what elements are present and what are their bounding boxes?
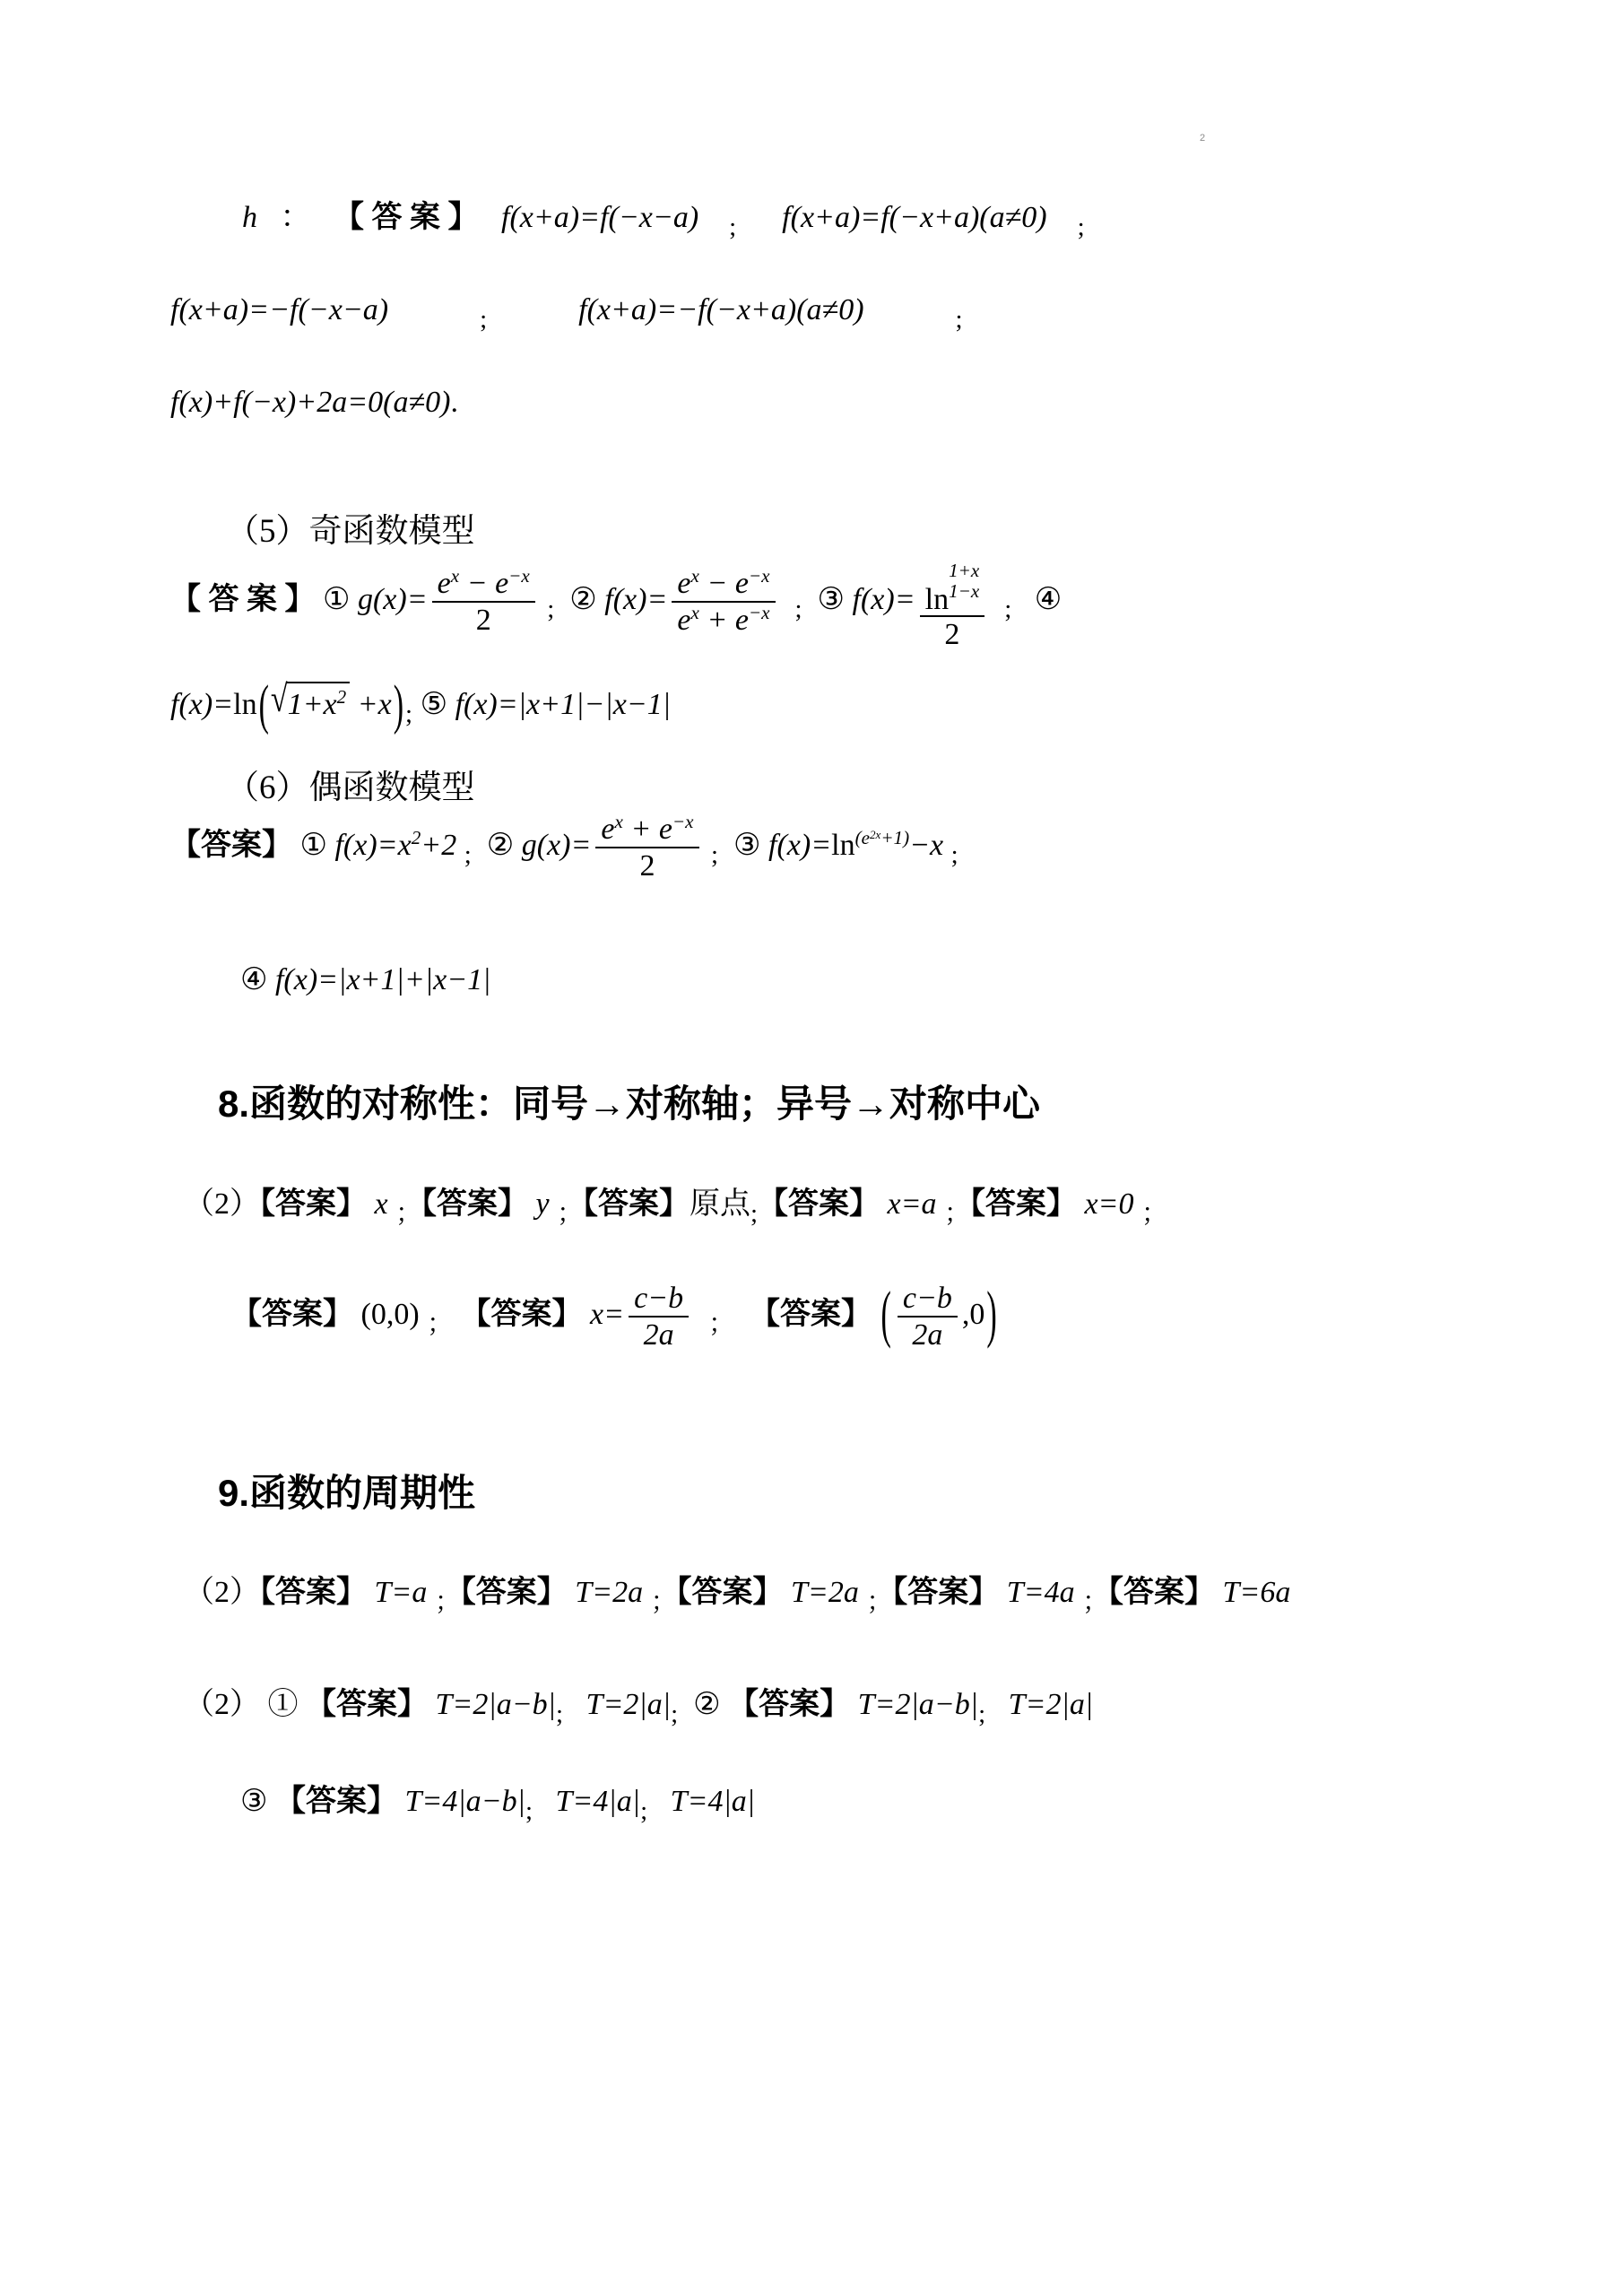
- superscript: x: [691, 602, 699, 623]
- odd-function-answers-continued: f(x)=ln(√1+x2 +x); ⑤ f(x)=|x+1|−|x−1|: [170, 682, 671, 726]
- separator: ;: [795, 595, 802, 623]
- math-token: h: [242, 201, 257, 234]
- formula-line-sum-condition: f(x)+f(−x)+2a=0(a≠0).: [170, 384, 458, 422]
- separator: ；: [651, 1587, 677, 1616]
- radicand: 1+x2: [286, 682, 351, 725]
- math-token: x: [615, 811, 623, 832]
- separator: ；: [944, 1199, 970, 1228]
- math-token: T=a: [367, 1576, 427, 1609]
- square-root: √1+x2: [271, 682, 350, 725]
- math-token: e: [735, 604, 749, 637]
- math-token: f(x)=|x+1|+|x−1|: [275, 963, 491, 996]
- radical-sign: √: [271, 676, 288, 724]
- math-token: f(x)=: [768, 829, 831, 862]
- separator: ;: [480, 305, 487, 334]
- separator: ；: [395, 1199, 421, 1228]
- math-token: x: [691, 602, 699, 623]
- superscript: −x: [508, 565, 530, 587]
- text: [989, 583, 1004, 616]
- text: [479, 201, 502, 234]
- fraction: ex − e−x2: [432, 566, 535, 638]
- stacked-expression: 1+xln1−x: [925, 552, 980, 615]
- math-token: e: [659, 813, 672, 846]
- superscript: 2: [412, 827, 421, 848]
- text: [643, 1576, 651, 1609]
- math-token: +1: [880, 827, 903, 848]
- math-token: ④: [240, 963, 275, 996]
- math-token: ln: [233, 688, 256, 721]
- math-token: (: [855, 827, 862, 848]
- numerator: c−b: [629, 1281, 689, 1316]
- math-token: x: [691, 565, 699, 587]
- math-token: +x: [350, 688, 392, 721]
- document-page: 2 h ： 【 答 案 】 f(x+a)=f(−x−a) ; f(x+a)=f(…: [0, 0, 1622, 2296]
- math-token: +: [623, 813, 659, 846]
- separator: ;: [1078, 213, 1085, 241]
- even-function-answers-continued: ④ f(x)=|x+1|+|x−1|: [240, 961, 491, 1000]
- answer-tag: 【答案】: [260, 1187, 367, 1221]
- section-9-heading: 9.函数的周期性: [218, 1464, 475, 1518]
- math-token: (0,0): [353, 1298, 420, 1331]
- text: [487, 293, 578, 326]
- separator: ;: [640, 1796, 647, 1825]
- separator: ;: [464, 840, 472, 869]
- superscript: −x: [749, 602, 770, 623]
- denominator: 2: [432, 601, 535, 638]
- big-paren: (: [881, 1276, 891, 1356]
- math-token: ③: [240, 1785, 275, 1818]
- text: [943, 829, 951, 862]
- numerator: c−b: [898, 1281, 958, 1316]
- odd-function-answers-line: 【 答 案 】 ① g(x)=ex − e−x2 ; ② f(x)=ex − e…: [170, 552, 1062, 652]
- text: [736, 201, 782, 234]
- math-token: ④: [1011, 583, 1062, 616]
- answer-tag: 【答案】: [1108, 1576, 1215, 1609]
- answer-tag: 【答案】: [453, 1298, 583, 1331]
- section-8-heading: 8.函数的对称性：同号→对称轴；异号→对称中心: [218, 1074, 1040, 1128]
- separator: ;: [671, 1700, 678, 1728]
- math-token: f(x+a)=f(−x+a)(a≠0): [782, 201, 1046, 234]
- math-token: x=0: [1077, 1187, 1134, 1221]
- even-function-model-label: （6）偶函数模型: [226, 768, 475, 809]
- math-token: 2: [639, 849, 655, 883]
- text: [937, 1187, 945, 1221]
- symmetry-answers-line-2: 【答案】 (0,0) ； 【答案】 x=c−b2a ； 【答案】 (c−b2a,…: [231, 1281, 999, 1352]
- numerator: ex − e−x: [432, 566, 535, 601]
- answer-tag: 【答案】: [677, 1576, 784, 1609]
- fraction: c−b2a: [898, 1281, 958, 1352]
- math-token: T=2|a−b|: [428, 1688, 556, 1721]
- answer-tag: 【答案】: [583, 1187, 690, 1221]
- math-token: x=: [583, 1298, 625, 1331]
- separator: ;: [556, 1700, 563, 1728]
- math-token: f(x)=x: [334, 829, 411, 862]
- math-token: 1+x: [949, 560, 979, 581]
- text: [388, 293, 480, 326]
- separator: ；: [557, 1199, 583, 1228]
- math-token: ②: [472, 829, 522, 862]
- math-token: e: [438, 567, 451, 600]
- text: 原点: [690, 1187, 750, 1221]
- stack-row: ln1−x: [925, 584, 980, 616]
- math-token: −x: [909, 829, 943, 862]
- math-token: −x: [672, 811, 694, 832]
- symmetry-answers-line-1: （2）【答案】 x ；【答案】 y ；【答案】原点;【答案】 x=a ；【答案】…: [184, 1186, 1167, 1224]
- text: （2）: [184, 1688, 260, 1721]
- math-token: c−b: [903, 1282, 952, 1315]
- math-token: f(x+a)=f(−x−a): [501, 201, 698, 234]
- separator: ;: [956, 305, 963, 334]
- separator: ;: [750, 1199, 758, 1228]
- numerator: 1+xln1−x: [920, 552, 985, 615]
- text: [1047, 201, 1078, 234]
- math-token: T=4|a−b|: [397, 1785, 525, 1818]
- math-token: ln: [831, 829, 854, 862]
- big-paren: ): [986, 1276, 996, 1356]
- fraction: ex + e−x2: [595, 812, 698, 883]
- math-token: x: [451, 565, 459, 587]
- answer-tag: 【答案】: [231, 1298, 353, 1331]
- superscript: 2x: [870, 828, 880, 841]
- math-token: ①: [260, 1688, 306, 1721]
- text: [427, 1576, 435, 1609]
- fraction: 1+xln1−x2: [920, 552, 985, 652]
- math-token: ①: [316, 583, 358, 616]
- math-token: +: [699, 604, 735, 637]
- math-token: ln: [925, 583, 949, 616]
- text: [872, 1298, 880, 1331]
- math-token: g(x)=: [358, 583, 428, 616]
- math-token: e: [862, 827, 870, 848]
- text: [704, 829, 712, 862]
- text: [864, 293, 956, 326]
- math-token: ①: [292, 829, 334, 862]
- periodicity-answers-line-3: ③ 【答案】 T=4|a−b|; T=4|a|; T=4|a|: [240, 1783, 755, 1822]
- denominator: 2a: [898, 1316, 958, 1352]
- math-token: e: [677, 567, 690, 600]
- denominator: 2: [920, 615, 985, 652]
- math-token: 2a: [912, 1318, 942, 1352]
- text: [698, 201, 729, 234]
- math-token: e: [495, 567, 508, 600]
- math-token: f(x)=: [604, 583, 667, 616]
- math-token: 2: [944, 618, 959, 651]
- math-token: f(x)=: [853, 583, 915, 616]
- answer-tag: 【答案】: [758, 1187, 880, 1221]
- math-token: x: [367, 1187, 388, 1221]
- denominator: 2a: [629, 1316, 689, 1352]
- text: [388, 1187, 396, 1221]
- numerator: ex + e−x: [595, 812, 698, 847]
- math-token: e: [677, 604, 690, 637]
- math-token: T=4|a|: [647, 1785, 755, 1818]
- math-token: g(x)=: [522, 829, 592, 862]
- math-token: 2: [337, 686, 347, 708]
- superscript: 1−x: [949, 580, 979, 602]
- math-token: ②: [554, 583, 604, 616]
- answer-tag: 【答案】: [275, 1785, 397, 1818]
- superscript: (e2x+1): [855, 827, 910, 848]
- math-token: 1+: [288, 688, 324, 721]
- superscript: x: [615, 811, 623, 832]
- text: （2）: [184, 1576, 260, 1609]
- text: [550, 1187, 558, 1221]
- math-token: 2x: [870, 828, 880, 841]
- math-token: −: [699, 567, 735, 600]
- answer-tag: 【答案】: [892, 1576, 999, 1609]
- separator: ；: [708, 1309, 734, 1338]
- superscript: −x: [749, 565, 770, 587]
- answer-tag: 【 答 案 】: [334, 201, 479, 234]
- periodicity-answers-line-1: （2）【答案】 T=a ；【答案】 T=2a ；【答案】 T=2a ；【答案】 …: [184, 1574, 1290, 1613]
- odd-function-model-label: （5）奇函数模型: [226, 511, 475, 552]
- numerator: ex − e−x: [672, 566, 775, 601]
- formula-line-h-answers: h ： 【 答 案 】 f(x+a)=f(−x−a) ; f(x+a)=f(−x…: [242, 199, 1085, 238]
- math-token: −x: [749, 565, 770, 587]
- math-token: T=2|a|: [563, 1688, 671, 1721]
- math-token: ,0: [962, 1298, 985, 1331]
- math-token: e: [735, 567, 749, 600]
- page-marker: 2: [1200, 133, 1205, 143]
- text: [693, 1298, 708, 1331]
- math-token: f(x+a)=−f(−x+a)(a≠0): [578, 293, 863, 326]
- separator: ;: [525, 1796, 533, 1825]
- math-token: T=6a: [1215, 1576, 1290, 1609]
- superscript: −x: [672, 811, 694, 832]
- separator: ；: [1082, 1587, 1108, 1616]
- math-token: 2a: [644, 1318, 674, 1352]
- math-token: T=2|a|: [985, 1688, 1093, 1721]
- math-token: x=a: [880, 1187, 937, 1221]
- math-token: e: [601, 813, 614, 846]
- math-token: 1−x: [949, 580, 979, 602]
- math-token: T=4a: [999, 1576, 1074, 1609]
- separator: ;: [729, 213, 736, 241]
- math-token: f(x)=|x+1|−|x−1|: [455, 688, 672, 721]
- math-token: 2: [412, 827, 421, 848]
- math-token: T=2a: [568, 1576, 643, 1609]
- superscript: x: [691, 565, 699, 587]
- superscript: x: [451, 565, 459, 587]
- periodicity-answers-line-2: （2） ① 【答案】 T=2|a−b|; T=2|a|; ② 【答案】 T=2|…: [184, 1686, 1093, 1725]
- separator: ;: [951, 840, 958, 869]
- formula-line-antisymmetry: f(x+a)=−f(−x−a) ; f(x+a)=−f(−x+a)(a≠0) ;: [170, 291, 963, 330]
- math-token: ): [903, 827, 909, 848]
- answer-tag: 【答案】: [970, 1187, 1077, 1221]
- math-token: ②: [678, 1688, 728, 1721]
- math-token: −: [459, 567, 495, 600]
- answer-tag: 【答案】: [421, 1187, 528, 1221]
- math-token: f(x)+f(−x)+2a=0(a≠0): [170, 386, 450, 419]
- answer-tag: 【 答 案 】: [170, 583, 316, 616]
- fraction: c−b2a: [629, 1281, 689, 1352]
- separator: ;: [711, 840, 718, 869]
- math-token: x: [324, 688, 337, 721]
- answer-tag: 【答案】: [728, 1688, 850, 1721]
- text: [456, 829, 464, 862]
- math-token: c−b: [634, 1282, 683, 1315]
- denominator: ex + e−x: [672, 601, 775, 638]
- math-token: T=4|a|: [533, 1785, 640, 1818]
- answer-tag: 【答案】: [306, 1688, 428, 1721]
- text: [1075, 1576, 1083, 1609]
- text: [780, 583, 795, 616]
- separator: ；: [866, 1587, 892, 1616]
- math-token: T=2a: [784, 1576, 859, 1609]
- text: （2）: [184, 1187, 260, 1221]
- answer-tag: 【答案】: [461, 1576, 568, 1609]
- math-token: y: [528, 1187, 550, 1221]
- math-token: −x: [749, 602, 770, 623]
- answer-tag: 【答案】: [734, 1298, 872, 1331]
- math-token: T=2|a−b|: [850, 1688, 978, 1721]
- big-paren: (: [259, 673, 269, 742]
- separator: ；: [427, 1309, 453, 1338]
- text: [540, 583, 548, 616]
- text: [420, 1298, 428, 1331]
- math-token: −x: [508, 565, 530, 587]
- text: ：: [257, 201, 334, 234]
- text: [1133, 1187, 1141, 1221]
- separator: ；: [1141, 1199, 1167, 1228]
- separator: ;: [978, 1700, 985, 1728]
- answer-tag: 【答案】: [260, 1576, 367, 1609]
- separator: ;: [547, 595, 554, 623]
- answer-tag: 【答案】: [170, 829, 292, 862]
- math-token: ⑤: [412, 688, 455, 721]
- math-token: .: [450, 386, 458, 419]
- math-token: 2: [476, 604, 491, 637]
- math-token: f(x+a)=−f(−x−a): [170, 293, 388, 326]
- separator: ；: [435, 1587, 461, 1616]
- math-token: f(x)=: [170, 688, 233, 721]
- math-token: +2: [421, 829, 456, 862]
- superscript: 2: [337, 686, 347, 708]
- even-function-answers-line: 【答案】 ① f(x)=x2+2 ; ② g(x)=ex + e−x2 ; ③ …: [170, 812, 958, 883]
- math-token: ③: [802, 583, 853, 616]
- fraction: ex − e−xex + e−x: [672, 566, 775, 638]
- separator: ;: [1004, 595, 1011, 623]
- stack-row: 1+x: [925, 552, 980, 584]
- big-paren: ): [394, 673, 403, 742]
- denominator: 2: [595, 847, 698, 883]
- math-token: ③: [718, 829, 768, 862]
- separator: ;: [405, 700, 412, 728]
